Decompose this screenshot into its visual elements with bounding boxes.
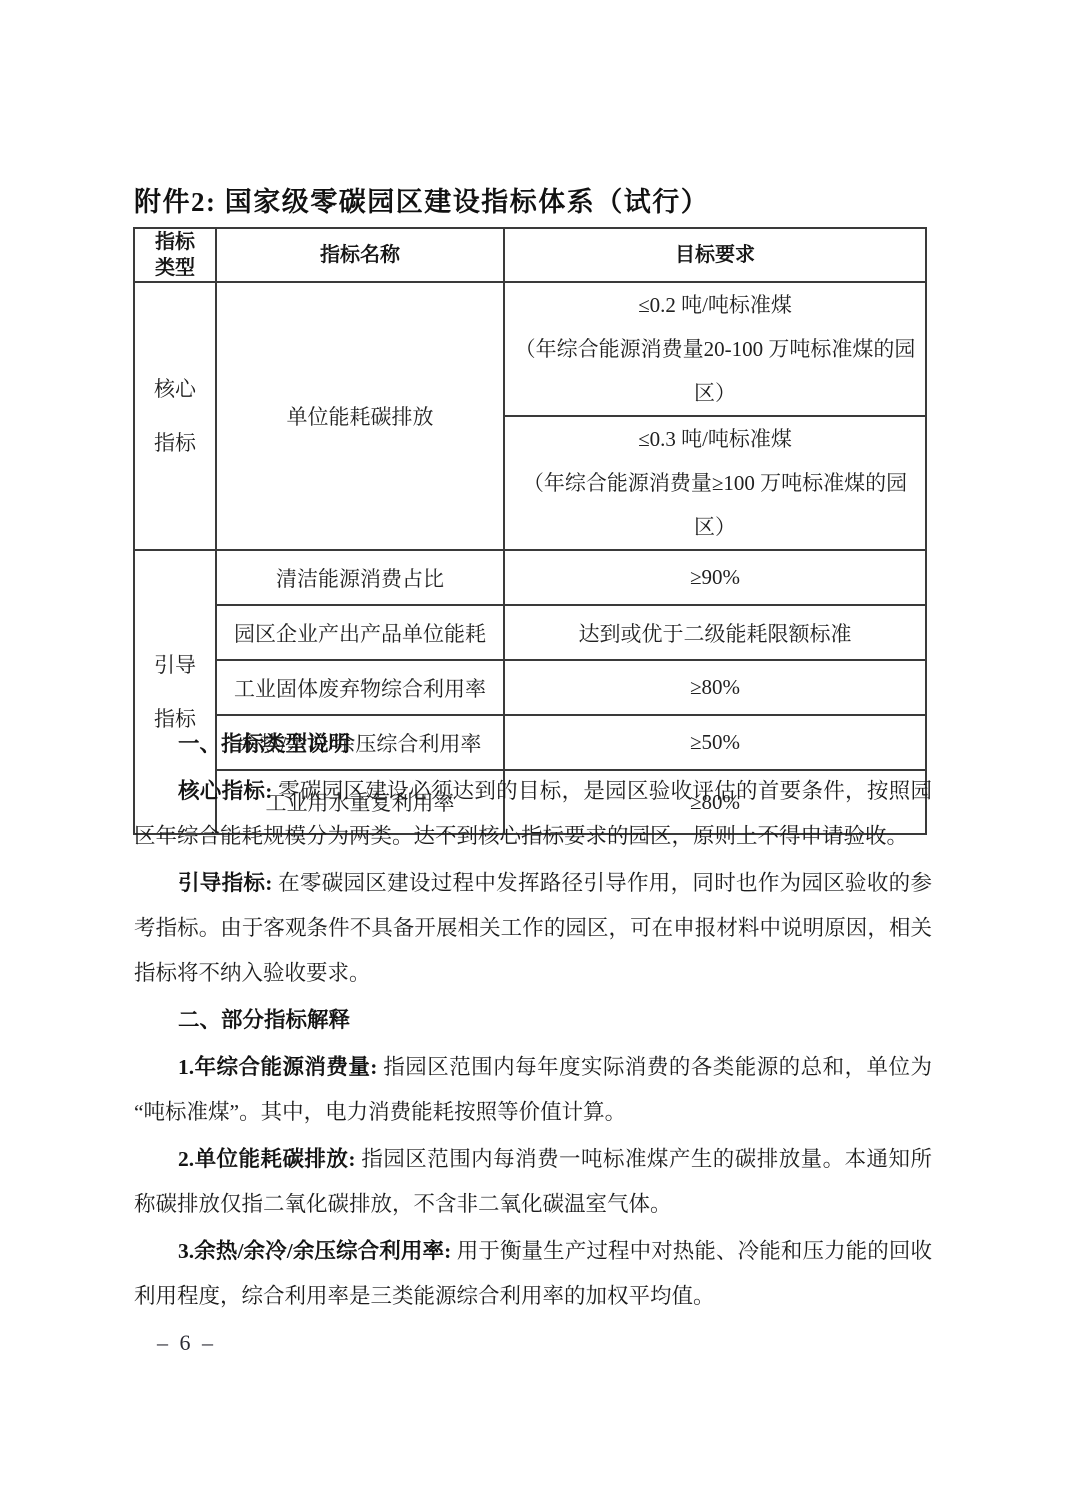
cell-indicator-name: 清洁能源消费占比 — [216, 550, 504, 605]
cell-core-target-2: ≤0.3 吨/吨标准煤 （年综合能源消费量≥100 万吨标准煤的园区） — [504, 416, 926, 550]
cell-core-indicator-name: 单位能耗碳排放 — [216, 282, 504, 550]
header-indicator-name: 指标名称 — [216, 228, 504, 282]
table-row-guiding-1: 引导 指标 清洁能源消费占比 ≥90% — [134, 550, 926, 605]
cell-indicator-name: 工业固体废弃物综合利用率 — [216, 660, 504, 715]
paragraph-core-indicators: 核心指标: 零碳园区建设必须达到的目标，是园区验收评估的首要条件，按照园区年综合… — [134, 769, 932, 859]
header-indicator-type: 指标 类型 — [134, 228, 216, 282]
cell-target-value: ≥90% — [504, 550, 926, 605]
paragraph-lead-carbon: 2.单位能耗碳排放: — [178, 1147, 361, 1171]
header-target-requirement: 目标要求 — [504, 228, 926, 282]
cell-core-target-1: ≤0.2 吨/吨标准煤 （年综合能源消费量20-100 万吨标准煤的园区） — [504, 282, 926, 416]
paragraph-carbon-per-energy: 2.单位能耗碳排放: 指园区范围内每消费一吨标准煤产生的碳排放量。本通知所称碳排… — [134, 1137, 932, 1227]
paragraph-lead-core: 核心指标: — [178, 779, 278, 803]
section-heading-indicator-types: 一、指标类型说明 — [134, 722, 932, 767]
paragraph-guiding-indicators: 引导指标: 在零碳园区建设过程中发挥路径引导作用，同时也作为园区验收的参考指标。… — [134, 861, 932, 996]
cell-category-core: 核心 指标 — [134, 282, 216, 550]
paragraph-lead-annual-energy: 1.年综合能源消费量: — [178, 1055, 383, 1079]
table-header-row: 指标 类型 指标名称 目标要求 — [134, 228, 926, 282]
section-heading-indicator-explanations: 二、部分指标解释 — [134, 998, 932, 1043]
cell-target-value: 达到或优于二级能耗限额标准 — [504, 605, 926, 660]
table-row-guiding-3: 工业固体废弃物综合利用率 ≥80% — [134, 660, 926, 715]
table-row-guiding-2: 园区企业产出产品单位能耗 达到或优于二级能耗限额标准 — [134, 605, 926, 660]
page-number: – 6 – — [157, 1330, 216, 1356]
paragraph-annual-energy-consumption: 1.年综合能源消费量: 指园区范围内每年度实际消费的各类能源的总和，单位为“吨标… — [134, 1045, 932, 1135]
paragraph-lead-waste-heat: 3.余热/余冷/余压综合利用率: — [178, 1239, 457, 1263]
document-body: 一、指标类型说明 核心指标: 零碳园区建设必须达到的目标，是园区验收评估的首要条… — [134, 722, 932, 1321]
paragraph-lead-guiding: 引导指标: — [178, 871, 278, 895]
paragraph-waste-heat-utilization: 3.余热/余冷/余压综合利用率: 用于衡量生产过程中对热能、冷能和压力能的回收利… — [134, 1229, 932, 1319]
cell-target-value: ≥80% — [504, 660, 926, 715]
document-title: 附件2: 国家级零碳园区建设指标体系（试行） — [134, 180, 709, 219]
cell-indicator-name: 园区企业产出产品单位能耗 — [216, 605, 504, 660]
document-page: 附件2: 国家级零碳园区建设指标体系（试行） 指标 类型 指标名称 目标要求 核… — [0, 0, 1080, 1495]
table-row-core-1: 核心 指标 单位能耗碳排放 ≤0.2 吨/吨标准煤 （年综合能源消费量20-10… — [134, 282, 926, 416]
